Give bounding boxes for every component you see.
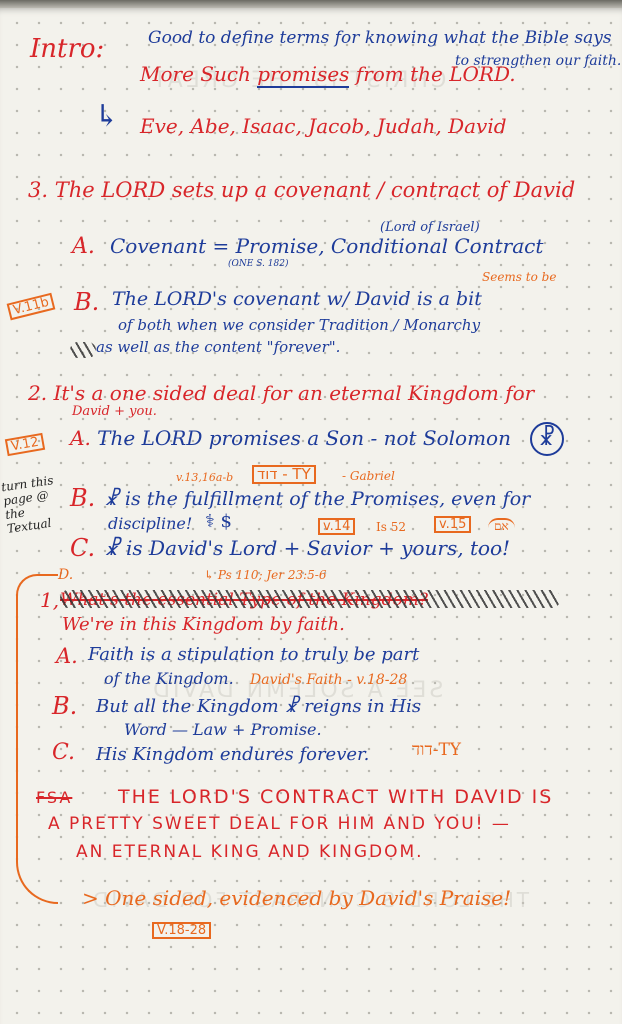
point3-heading: 3. The LORD sets up a covenant / contrac…: [28, 180, 575, 201]
verse-box-v14: v.14: [318, 518, 355, 535]
point1-b-line1: But all the Kingdom ☧ reigns in His: [96, 698, 421, 716]
intro-people: Eve, Abe, Isaac, Jacob, Judah, David: [140, 116, 507, 136]
conclusion-line3: AN ETERNAL KING AND KINGDOM.: [76, 844, 424, 861]
point1-heading: We're in this Kingdom by faith.: [62, 616, 345, 634]
point3-a-letter: A.: [72, 236, 95, 258]
point2-c-sub: ↳ Ps 110; Jer 23:5-6: [204, 569, 326, 581]
point3-note: (Lord of Israel): [380, 221, 480, 234]
point2-a-letter: A.: [70, 426, 91, 450]
symbols: ⚕ $: [205, 513, 232, 531]
arrow-icon: >: [82, 886, 99, 910]
intro-line1: Good to define terms for knowing what th…: [148, 30, 612, 47]
point3-b-note: Seems to be: [482, 271, 556, 283]
verse-box-v18-28: V.18-28: [152, 922, 211, 939]
side-note: turn this page @ the Textual: [0, 472, 67, 536]
promises-underlined: promises: [257, 62, 349, 88]
point2-b-line2: discipline!: [108, 516, 192, 532]
intro-line2: More Such promises from the LORD.: [140, 64, 516, 84]
point2-a-text: The LORD promises a Son - not Solomon: [97, 426, 511, 450]
intro-line2-end: from the LORD.: [356, 62, 516, 86]
point3-b-line3: as well as the content "forever".: [96, 340, 340, 355]
point1-a-line1: Faith is a stipulation to truly be part: [88, 646, 419, 664]
point1-number: 1,: [40, 590, 59, 610]
point2-c-letter: C.: [70, 536, 95, 560]
notebook-page: CHRIST IS THE GREAT SEE A SOLEMN DAVID T…: [0, 8, 622, 1024]
struck-label: FSA: [36, 790, 72, 806]
point1-b-letter: B.: [52, 694, 77, 718]
intro-label: Intro:: [30, 36, 104, 62]
orange-bracket: [16, 574, 58, 904]
point3-b-line1: The LORD's covenant w/ David is a bit: [112, 290, 482, 309]
verse-box-v12: V.12: [5, 433, 45, 456]
point1-a-line2: of the Kingdom.: [104, 671, 234, 687]
point2-heading: 2. It's a one sided deal for an eternal …: [28, 383, 534, 403]
ref-is52: Is 52: [376, 521, 406, 533]
point1-a-letter: A.: [56, 646, 78, 667]
point1-a-note: David's Faith - v.18-28: [250, 673, 407, 687]
hebrew-box: דוד - TY: [252, 465, 316, 484]
point2-d-letter: D.: [58, 568, 73, 582]
point3-b-letter: B.: [74, 290, 99, 314]
point2-a-ref-tail: - Gabriel: [342, 470, 395, 482]
point2-a: A. The LORD promises a Son - not Solomon: [70, 428, 511, 448]
point2-a-ref: v.13,16a-b: [176, 472, 233, 483]
point3-a-sub: (ONE S. 182): [228, 260, 288, 269]
scribble-out: [60, 590, 560, 608]
point1-c-note: דוד-TY: [412, 742, 461, 759]
point1-b-line2: Word — Law + Promise.: [124, 722, 322, 738]
conclusion-line2: A PRETTY SWEET DEAL FOR HIM AND YOU! —: [48, 816, 511, 833]
point3-a-text: Covenant = Promise, Conditional Contract: [110, 236, 543, 256]
point2-heading-cont: David + you.: [72, 405, 157, 418]
point2-b-line1: ☧ is the fulfillment of the Promises, ev…: [104, 490, 530, 509]
curved-arrow-icon: ↳: [94, 102, 119, 132]
verse-box-v11b: V.11b: [7, 293, 56, 321]
point1-c-letter: C.: [52, 742, 75, 764]
point2-b-letter: B.: [70, 486, 95, 510]
hebrew-tail: אם: [488, 518, 515, 532]
conclusion-line1: THE LORD'S CONTRACT WITH DAVID IS: [118, 788, 553, 807]
ink-blot: [70, 342, 96, 358]
verse-box-v15: v.15: [434, 516, 471, 533]
point1-c-text: His Kingdom endures forever.: [96, 746, 369, 764]
point2-c-text: ☧ is David's Lord + Savior + yours, too!: [104, 538, 510, 558]
closing-text: > One sided, evidenced by David's Praise…: [82, 888, 511, 908]
intro-line2-start: More Such: [140, 62, 251, 86]
chi-rho-icon: ☧: [530, 422, 564, 456]
closing-text-body: One sided, evidenced by David's Praise!: [105, 886, 511, 910]
point3-b-line2: of both when we consider Tradition / Mon…: [118, 318, 480, 333]
